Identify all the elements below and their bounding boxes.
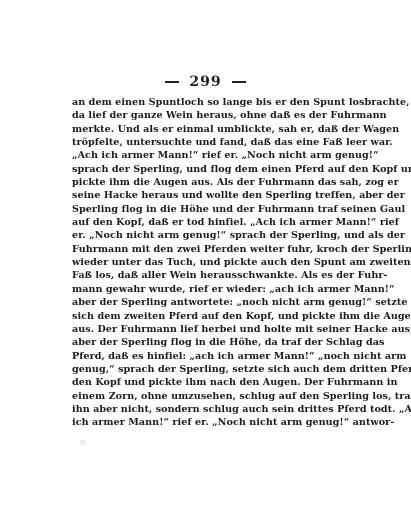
- page-number: 299: [189, 74, 221, 90]
- text-line: aber der Sperling flog in die Höhe, da t…: [72, 336, 340, 349]
- text-line: ich armer Mann!“ rief er. „Noch nicht ar…: [72, 416, 340, 429]
- text-line: tröpfelte, untersuchte und fand, daß das…: [72, 136, 340, 149]
- text-line: ihn aber nicht, sondern schlug auch sein…: [72, 403, 340, 416]
- header-dash-right: [232, 81, 246, 83]
- text-line: sich dem zweiten Pferd auf den Kopf, und…: [72, 310, 340, 323]
- header-dash-left: [165, 81, 179, 83]
- text-line: pickte ihm die Augen aus. Als der Fuhrma…: [72, 176, 340, 189]
- text-line: aber der Sperling antwortete: „noch nich…: [72, 296, 340, 309]
- book-page: 299 an dem einen Spuntloch so lange bis …: [0, 0, 411, 512]
- text-line: er. „Noch nicht arm genug!“ sprach der S…: [72, 229, 340, 242]
- text-line: „Ach ich armer Mann!“ rief er. „Noch nic…: [72, 149, 340, 162]
- text-line: Fuhrmann mit den zwei Pferden weiter fuh…: [72, 243, 340, 256]
- text-line: den Kopf und pickte ihm nach den Augen. …: [72, 376, 340, 389]
- text-line: wieder unter das Tuch, und pickte auch d…: [72, 256, 340, 269]
- text-line: merkte. Und als er einmal umblickte, sah…: [72, 123, 340, 136]
- text-line: Sperling flog in die Höhe und der Fuhrma…: [72, 203, 340, 216]
- text-line: auf den Kopf, daß er tod hinfiel. „Ach i…: [72, 216, 340, 229]
- page-number-header: 299: [0, 74, 411, 90]
- text-line: aus. Der Fuhrmann lief herbei und holte …: [72, 323, 340, 336]
- text-line: seine Hacke heraus und wollte den Sperli…: [72, 189, 340, 202]
- text-line: Faß los, daß aller Wein herausschwankte.…: [72, 269, 340, 282]
- scan-artifact: [80, 440, 86, 445]
- text-line: genug,“ sprach der Sperling, setzte sich…: [72, 363, 340, 376]
- text-line: an dem einen Spuntloch so lange bis er d…: [72, 96, 340, 109]
- text-line: einem Zorn, ohne umzusehen, schlug auf d…: [72, 390, 340, 403]
- text-line: sprach der Sperling, und flog dem einen …: [72, 163, 340, 176]
- text-line: Pferd, daß es hinfiel: „ach ich armer Ma…: [72, 350, 340, 363]
- text-line: mann gewahr wurde, rief er wieder: „ach …: [72, 283, 340, 296]
- text-line: da lief der ganze Wein heraus, ohne daß …: [72, 109, 340, 122]
- page-body-text: an dem einen Spuntloch so lange bis er d…: [72, 96, 340, 430]
